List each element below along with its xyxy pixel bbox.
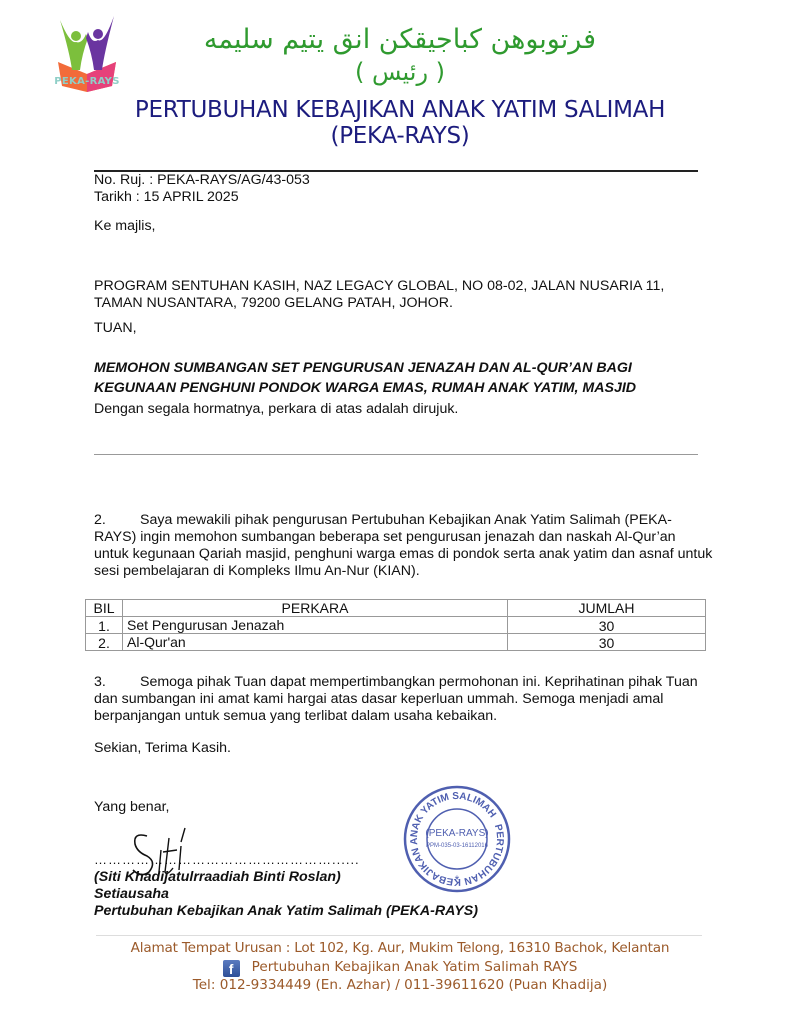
items-table: BIL PERKARA JUMLAH 1. Set Pengurusan Jen… bbox=[85, 599, 706, 651]
jawi-organisation-name: فرتوبوهن كباجيقكن انق يتيم سليمه bbox=[130, 24, 670, 55]
letter-date: Tarikh : 15 APRIL 2025 bbox=[94, 189, 239, 206]
footer-phone: Tel: 012-9334449 (En. Azhar) / 011-39611… bbox=[80, 977, 720, 993]
recipient-label: Ke majlis, bbox=[94, 218, 156, 235]
cell-bil: 2. bbox=[86, 634, 123, 651]
header-bil: BIL bbox=[86, 600, 123, 617]
paragraph-number: 2. bbox=[94, 512, 140, 529]
cell-jumlah: 30 bbox=[508, 617, 706, 634]
recipient-address: PROGRAM SENTUHAN KASIH, NAZ LEGACY GLOBA… bbox=[94, 278, 704, 312]
closing: Sekian, Terima Kasih. bbox=[94, 740, 231, 757]
header-perkara: PERKARA bbox=[123, 600, 508, 617]
salutation: TUAN, bbox=[94, 320, 137, 337]
signatory-organisation: Pertubuhan Kebajikan Anak Yatim Salimah … bbox=[94, 903, 478, 920]
paragraph-text: Saya mewakili pihak pengurusan Pertubuha… bbox=[94, 512, 712, 579]
table-row: 1. Set Pengurusan Jenazah 30 bbox=[86, 617, 706, 634]
signatory-position: Setiausaha bbox=[94, 886, 169, 903]
facebook-page-name: Pertubuhan Kebajikan Anak Yatim Salimah … bbox=[252, 959, 578, 975]
reference-line: Dengan segala hormatnya, perkara di atas… bbox=[94, 401, 458, 418]
cell-jumlah: 30 bbox=[508, 634, 706, 651]
stamp-inner-line1: (PEKA-RAYS) bbox=[425, 828, 488, 839]
organisation-title: PERTUBUHAN KEBAJIKAN ANAK YATIM SALIMAH bbox=[100, 97, 700, 123]
official-stamp: PERTUBUHAN KEBAJIKAN ANAK YATIM SALIMAH … bbox=[402, 784, 512, 894]
footer-facebook: fPertubuhan Kebajikan Anak Yatim Salimah… bbox=[80, 959, 720, 977]
letter-subject: MEMOHON SUMBANGAN SET PENGURUSAN JENAZAH… bbox=[94, 358, 714, 398]
paragraph-2: 2.Saya mewakili pihak pengurusan Pertubu… bbox=[94, 512, 714, 580]
reference-number: No. Ruj. : PEKA-RAYS/AG/43-053 bbox=[94, 172, 310, 189]
logo-text: PEKA-RAYS bbox=[50, 76, 124, 87]
footer-address: Alamat Tempat Urusan : Lot 102, Kg. Aur,… bbox=[80, 940, 720, 956]
facebook-icon: f bbox=[223, 960, 240, 977]
jawi-organisation-abbrev: ( رئيس ) bbox=[130, 58, 670, 86]
stamp-inner-line2: PPM-035-03-16112016 bbox=[426, 843, 489, 849]
table-header-row: BIL PERKARA JUMLAH bbox=[86, 600, 706, 617]
cell-perkara: Set Pengurusan Jenazah bbox=[123, 617, 508, 634]
paragraph-number: 3. bbox=[94, 674, 140, 691]
footer-divider bbox=[96, 935, 702, 936]
table-row: 2. Al-Qur'an 30 bbox=[86, 634, 706, 651]
organisation-abbrev: (PEKA-RAYS) bbox=[100, 123, 700, 149]
paragraph-text: Semoga pihak Tuan dapat mempertimbangkan… bbox=[94, 674, 698, 724]
subject-divider bbox=[94, 454, 698, 455]
cell-perkara: Al-Qur'an bbox=[123, 634, 508, 651]
signoff-label: Yang benar, bbox=[94, 799, 169, 816]
signatory-name: (Siti Khadijatulrraadiah Binti Roslan) bbox=[94, 869, 341, 886]
header-jumlah: JUMLAH bbox=[508, 600, 706, 617]
stamp-star: * bbox=[455, 873, 460, 887]
cell-bil: 1. bbox=[86, 617, 123, 634]
paragraph-3: 3.Semoga pihak Tuan dapat mempertimbangk… bbox=[94, 674, 714, 725]
